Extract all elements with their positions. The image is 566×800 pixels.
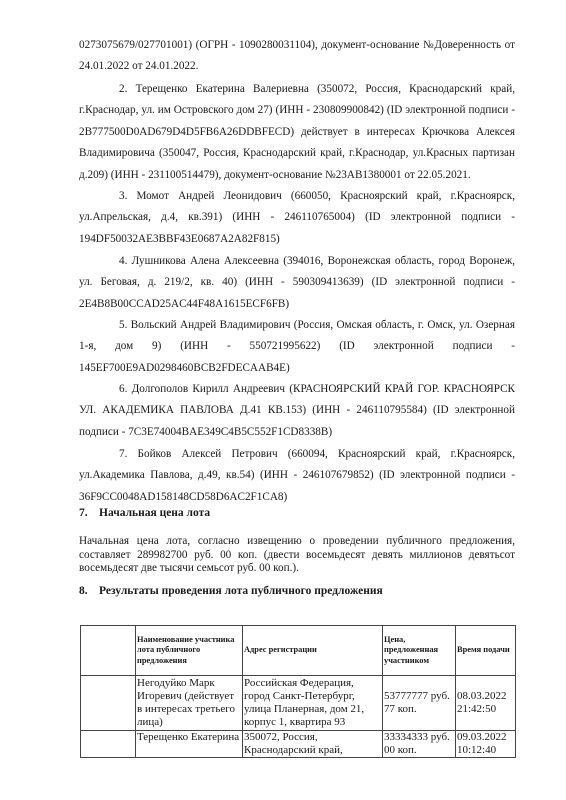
header-cell-time: Время подачи	[456, 626, 516, 676]
header-cell-price: Цена, предложенная участником	[383, 626, 456, 676]
section-7-heading: 7.Начальная цена лота	[79, 507, 515, 519]
cell-index	[81, 676, 136, 731]
section-8-title: Результаты проведения лота публичного пр…	[99, 585, 383, 597]
section-7-number: 7.	[79, 507, 99, 519]
paragraph-participant-2: 2. Терещенко Екатерина Валериевна (35007…	[79, 79, 515, 186]
header-cell-address: Адрес регистрации	[243, 626, 383, 676]
paragraph-representative-1-tail: 0273075679/027701001) (ОГРН - 1090280031…	[79, 35, 515, 78]
section-7-title: Начальная цена лота	[99, 507, 210, 519]
cell-time: 08.03.2022 21:42:50	[456, 676, 516, 731]
cell-price: 33334333 руб. 00 коп.	[383, 731, 456, 758]
header-cell-participant: Наименование участника лота публичного п…	[136, 626, 243, 676]
paragraph-participant-7: 7. Бойков Алексей Петрович (660094, Крас…	[79, 444, 515, 508]
section-8-heading: 8.Результаты проведения лота публичного …	[79, 585, 515, 597]
paragraph-participant-5: 5. Вольский Андрей Владимирович (Россия,…	[79, 315, 515, 379]
paragraph-participant-6: 6. Долгополов Кирилл Андреевич (КРАСНОЯР…	[79, 379, 515, 443]
cell-participant: Терещенко Екатерина	[136, 731, 243, 758]
table-header-row: Наименование участника лота публичного п…	[81, 626, 516, 676]
results-table: Наименование участника лота публичного п…	[80, 625, 516, 758]
cell-price: 53777777 руб. 77 коп.	[383, 676, 456, 731]
cell-address: Российская Федерация, город Санкт-Петерб…	[243, 676, 383, 731]
header-cell-index	[81, 626, 136, 676]
paragraph-participant-4: 4. Лушникова Алена Алексеевна (394016, В…	[79, 251, 515, 315]
cell-time: 09.03.2022 10:12:40	[456, 731, 516, 758]
section-8-number: 8.	[79, 585, 99, 597]
table-row: Терещенко Екатерина 350072, Россия, Крас…	[81, 731, 516, 758]
cell-index	[81, 731, 136, 758]
paragraph-participant-3: 3. Момот Андрей Леонидович (660050, Крас…	[79, 186, 515, 250]
starting-price-paragraph: Начальная цена лота, согласно извещению …	[79, 535, 515, 576]
cell-participant: Негодуйко Марк Игоревич (действует в инт…	[136, 676, 243, 731]
table-row: Негодуйко Марк Игоревич (действует в инт…	[81, 676, 516, 731]
cell-address: 350072, Россия, Краснодарский край,	[243, 731, 383, 758]
